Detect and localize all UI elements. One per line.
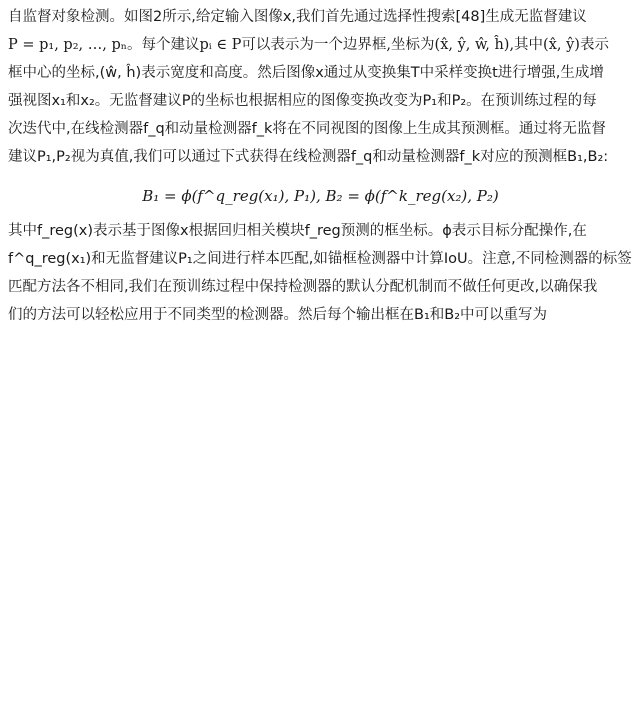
text-line: 框中心的坐标,(ŵ, ĥ)表示宽度和高度。然后图像x通过从变换集T中采样变换t进… xyxy=(8,62,604,84)
equation-b1-b2: B₁ = ϕ(f^q_reg(x₁), P₁), B₂ = ϕ(f^k_reg(… xyxy=(0,184,641,208)
text-line: 其中f_reg(x)表示基于图像x根据回归相关模块f_reg预测的框坐标。ϕ表示… xyxy=(8,220,587,242)
text-line: P = p₁, p₂, …, pₙ。每个建议pᵢ ∈ P可以表示为一个边界框,坐… xyxy=(8,34,609,56)
text-line: 建议P₁,P₂视为真值,我们可以通过下式获得在线检测器f_q和动量检测器f_k对… xyxy=(8,146,608,168)
text-line: 强视图x₁和x₂。无监督建议P的坐标也根据相应的图像变换改变为P₁和P₂。在预训… xyxy=(8,90,597,112)
text-line: 自监督对象检测。如图2所示,给定输入图像x,我们首先通过选择性搜索[48]生成无… xyxy=(8,6,587,28)
text-line: 匹配方法各不相同,我们在预训练过程中保持检测器的默认分配机制而不做任何更改,以确… xyxy=(8,276,597,298)
document-page: 自监督对象检测。如图2所示,给定输入图像x,我们首先通过选择性搜索[48]生成无… xyxy=(0,0,641,728)
text-line: f^q_reg(x₁)和无监督建议P₁之间进行样本匹配,如锚框检测器中计算IoU… xyxy=(8,248,632,270)
text-line: 次迭代中,在线检测器f_q和动量检测器f_k将在不同视图的图像上生成其预测框。通… xyxy=(8,118,606,140)
text-line: 们的方法可以轻松应用于不同类型的检测器。然后每个输出框在B₁和B₂中可以重写为 xyxy=(8,304,547,326)
